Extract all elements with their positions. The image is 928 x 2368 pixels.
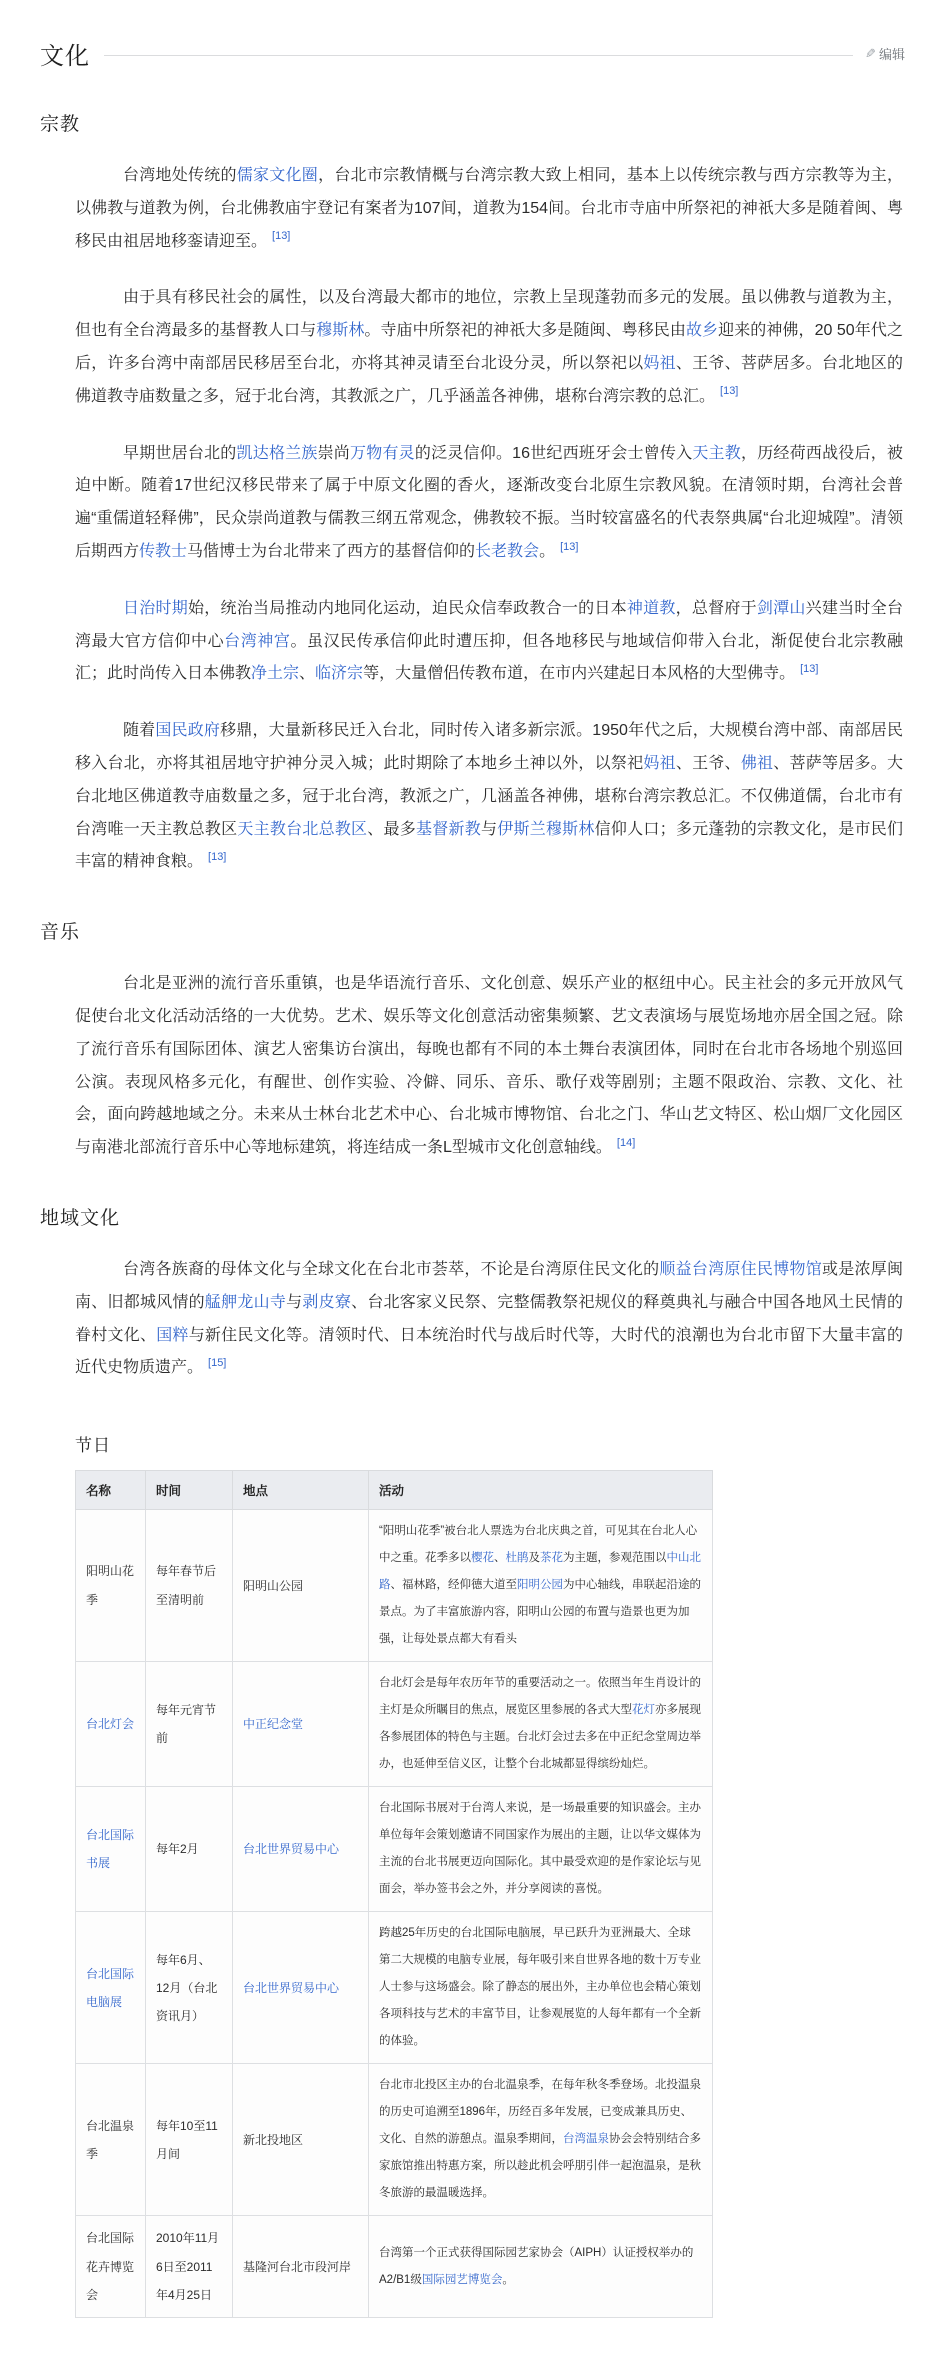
- wiki-link[interactable]: 儒家文化圈: [237, 167, 318, 184]
- wiki-link[interactable]: 长老教会: [475, 543, 539, 560]
- cell-name: 台北国际电脑展: [76, 1912, 146, 2064]
- wiki-link[interactable]: 艋舺龙山寺: [205, 1294, 286, 1311]
- cell-name: 阳明山花季: [76, 1510, 146, 1662]
- section-festivals: 节日 名称时间地点活动 阳明山花季每年春节后至清明前阳明山公园“阳明山花季”被台…: [40, 1431, 905, 2318]
- table-row: 台北温泉季每年10至11月间新北投地区台北市北投区主办的台北温泉季，在每年秋冬季…: [76, 2064, 713, 2216]
- cell-place: 基隆河台北市段河岸: [233, 2216, 369, 2318]
- wiki-link[interactable]: 佛祖: [741, 755, 773, 772]
- cell-activity: 台北市北投区主办的台北温泉季，在每年秋冬季登场。北投温泉的历史可追溯至1896年…: [369, 2064, 713, 2216]
- wiki-link[interactable]: 妈祖: [643, 355, 675, 372]
- wiki-link[interactable]: 台北世界贸易中心: [243, 1981, 339, 1995]
- cell-activity: 台北国际书展对于台湾人来说，是一场最重要的知识盛会。主办单位每年会策划邀请不同国…: [369, 1787, 713, 1912]
- pencil-icon: ✎: [865, 46, 876, 62]
- table-header-row: 名称时间地点活动: [76, 1471, 713, 1510]
- reference-link[interactable]: [15]: [208, 1357, 226, 1369]
- table-row: 台北国际电脑展每年6月、12月（台北资讯月）台北世界贸易中心跨越25年历史的台北…: [76, 1912, 713, 2064]
- paragraph: 由于具有移民社会的属性，以及台湾最大都市的地位，宗教上呈现蓬勃而多元的发展。虽以…: [75, 282, 903, 413]
- wiki-link[interactable]: 剑潭山: [757, 600, 806, 617]
- cell-name: 台北国际书展: [76, 1787, 146, 1912]
- edit-link-label: 编辑: [879, 44, 905, 63]
- article-page: 文化 ✎ 编辑 宗教 台湾地处传统的儒家文化圈，台北市宗教情概与台湾宗教大致上相…: [0, 0, 928, 2368]
- wiki-link[interactable]: 基督新教: [416, 821, 481, 838]
- wiki-link[interactable]: 茶花: [540, 1552, 563, 1564]
- reference-link[interactable]: [13]: [272, 230, 290, 242]
- paragraph: 台湾各族裔的母体文化与全球文化在台北市荟萃，不论是台湾原住民文化的顺益台湾原住民…: [75, 1254, 903, 1385]
- column-header: 地点: [233, 1471, 369, 1510]
- cell-activity: 台北灯会是每年农历年节的重要活动之一。依照当年生肖设计的主灯是众所瞩目的焦点，展…: [369, 1662, 713, 1787]
- cell-activity: 台湾第一个正式获得国际园艺家协会（AIPH）认证授权举办的A2/B1级国际园艺博…: [369, 2216, 713, 2318]
- cell-place: 中正纪念堂: [233, 1662, 369, 1787]
- wiki-link[interactable]: 国际园艺博览会: [422, 2274, 503, 2286]
- wiki-link[interactable]: 台湾神宫: [224, 633, 290, 650]
- paragraph: 台北是亚洲的流行音乐重镇，也是华语流行音乐、文化创意、娱乐产业的枢纽中心。民主社…: [75, 968, 903, 1165]
- culture-section-header: 文化 ✎ 编辑: [40, 36, 905, 71]
- section-religion: 宗教 台湾地处传统的儒家文化圈，台北市宗教情概与台湾宗教大致上相同，基本上以传统…: [40, 109, 905, 879]
- column-header: 活动: [369, 1471, 713, 1510]
- wiki-link[interactable]: 台北灯会: [86, 1717, 134, 1731]
- wiki-link[interactable]: 剥皮寮: [302, 1294, 351, 1311]
- paragraph: 早期世居台北的凯达格兰族崇尚万物有灵的泛灵信仰。16世纪西班牙会士曾传入天主教，…: [75, 438, 903, 569]
- wiki-link[interactable]: 凯达格兰族: [237, 445, 318, 462]
- wiki-link[interactable]: 花灯: [632, 1704, 655, 1716]
- cell-time: 每年6月、12月（台北资讯月）: [146, 1912, 233, 2064]
- table-row: 阳明山花季每年春节后至清明前阳明山公园“阳明山花季”被台北人票选为台北庆典之首，…: [76, 1510, 713, 1662]
- reference-link[interactable]: [13]: [560, 541, 578, 553]
- table-body: 阳明山花季每年春节后至清明前阳明山公园“阳明山花季”被台北人票选为台北庆典之首，…: [76, 1510, 713, 2318]
- reference-link[interactable]: [13]: [800, 663, 818, 675]
- reference-link[interactable]: [13]: [208, 851, 226, 863]
- wiki-link[interactable]: 国民政府: [155, 722, 220, 739]
- wiki-link[interactable]: 台北国际电脑展: [86, 1967, 134, 2009]
- reference-link[interactable]: [14]: [617, 1137, 635, 1149]
- paragraph: 台湾地处传统的儒家文化圈，台北市宗教情概与台湾宗教大致上相同，基本上以传统宗教与…: [75, 160, 903, 258]
- festivals-heading: 节日: [75, 1431, 905, 1456]
- cell-time: 每年2月: [146, 1787, 233, 1912]
- wiki-link[interactable]: 天主教台北总教区: [237, 821, 367, 838]
- music-heading: 音乐: [40, 917, 905, 944]
- wiki-link[interactable]: 阳明公园: [517, 1579, 563, 1591]
- wiki-link[interactable]: 天主教: [692, 445, 741, 462]
- page-title: 文化: [40, 36, 90, 71]
- cell-place: 新北投地区: [233, 2064, 369, 2216]
- wiki-link[interactable]: 国粹: [156, 1327, 188, 1344]
- wiki-link[interactable]: 樱花: [471, 1552, 494, 1564]
- cell-time: 每年春节后至清明前: [146, 1510, 233, 1662]
- wiki-link[interactable]: 台湾温泉: [563, 2133, 609, 2145]
- cell-place: 阳明山公园: [233, 1510, 369, 1662]
- cell-name: 台北灯会: [76, 1662, 146, 1787]
- wiki-link[interactable]: 台北国际书展: [86, 1828, 134, 1870]
- edit-link[interactable]: ✎ 编辑: [865, 44, 905, 63]
- table-row: 台北国际花卉博览会2010年11月6日至2011年4月25日基隆河台北市段河岸台…: [76, 2216, 713, 2318]
- section-regional-culture: 地域文化 台湾各族裔的母体文化与全球文化在台北市荟萃，不论是台湾原住民文化的顺益…: [40, 1203, 905, 1385]
- heading-rule: [104, 55, 853, 56]
- column-header: 名称: [76, 1471, 146, 1510]
- religion-paragraphs: 台湾地处传统的儒家文化圈，台北市宗教情概与台湾宗教大致上相同，基本上以传统宗教与…: [40, 160, 905, 879]
- cell-activity: 跨越25年历史的台北国际电脑展，早已跃升为亚洲最大、全球第二大规模的电脑专业展，…: [369, 1912, 713, 2064]
- wiki-link[interactable]: 妈祖: [643, 755, 675, 772]
- wiki-link[interactable]: 伊斯兰穆斯林: [497, 821, 594, 838]
- column-header: 时间: [146, 1471, 233, 1510]
- wiki-link[interactable]: 故乡: [686, 322, 718, 339]
- table-row: 台北灯会每年元宵节前中正纪念堂台北灯会是每年农历年节的重要活动之一。依照当年生肖…: [76, 1662, 713, 1787]
- reference-link[interactable]: [13]: [720, 385, 738, 397]
- wiki-link[interactable]: 传教士: [139, 543, 187, 560]
- wiki-link[interactable]: 临济宗: [315, 665, 363, 682]
- cell-time: 2010年11月6日至2011年4月25日: [146, 2216, 233, 2318]
- wiki-link[interactable]: 神道教: [627, 600, 676, 617]
- cell-name: 台北国际花卉博览会: [76, 2216, 146, 2318]
- wiki-link[interactable]: 穆斯林: [316, 322, 364, 339]
- cell-name: 台北温泉季: [76, 2064, 146, 2216]
- wiki-link[interactable]: 净土宗: [251, 665, 299, 682]
- wiki-link[interactable]: 顺益台湾原住民博物馆: [659, 1261, 822, 1278]
- regional-culture-paragraphs: 台湾各族裔的母体文化与全球文化在台北市荟萃，不论是台湾原住民文化的顺益台湾原住民…: [40, 1254, 905, 1385]
- regional-culture-heading: 地域文化: [40, 1203, 905, 1230]
- cell-activity: “阳明山花季”被台北人票选为台北庆典之首，可见其在台北人心中之重。花季多以樱花、…: [369, 1510, 713, 1662]
- wiki-link[interactable]: 日治时期: [123, 600, 188, 617]
- paragraph: 随着国民政府移鼎，大量新移民迁入台北，同时传入诸多新宗派。1950年代之后，大规…: [75, 715, 903, 879]
- section-music: 音乐 台北是亚洲的流行音乐重镇，也是华语流行音乐、文化创意、娱乐产业的枢纽中心。…: [40, 917, 905, 1165]
- cell-time: 每年10至11月间: [146, 2064, 233, 2216]
- table-row: 台北国际书展每年2月台北世界贸易中心台北国际书展对于台湾人来说，是一场最重要的知…: [76, 1787, 713, 1912]
- cell-place: 台北世界贸易中心: [233, 1787, 369, 1912]
- cell-time: 每年元宵节前: [146, 1662, 233, 1787]
- music-paragraphs: 台北是亚洲的流行音乐重镇，也是华语流行音乐、文化创意、娱乐产业的枢纽中心。民主社…: [40, 968, 905, 1165]
- wiki-link[interactable]: 杜鹃: [506, 1552, 529, 1564]
- cell-place: 台北世界贸易中心: [233, 1912, 369, 2064]
- wiki-link[interactable]: 台北世界贸易中心: [243, 1842, 339, 1856]
- festivals-table: 名称时间地点活动 阳明山花季每年春节后至清明前阳明山公园“阳明山花季”被台北人票…: [75, 1470, 713, 2318]
- religion-heading: 宗教: [40, 109, 905, 136]
- wiki-link[interactable]: 中正纪念堂: [243, 1717, 303, 1731]
- wiki-link[interactable]: 万物有灵: [350, 445, 415, 462]
- paragraph: 日治时期始，统治当局推动内地同化运动，迫民众信奉政教合一的日本神道教，总督府于剑…: [75, 593, 903, 691]
